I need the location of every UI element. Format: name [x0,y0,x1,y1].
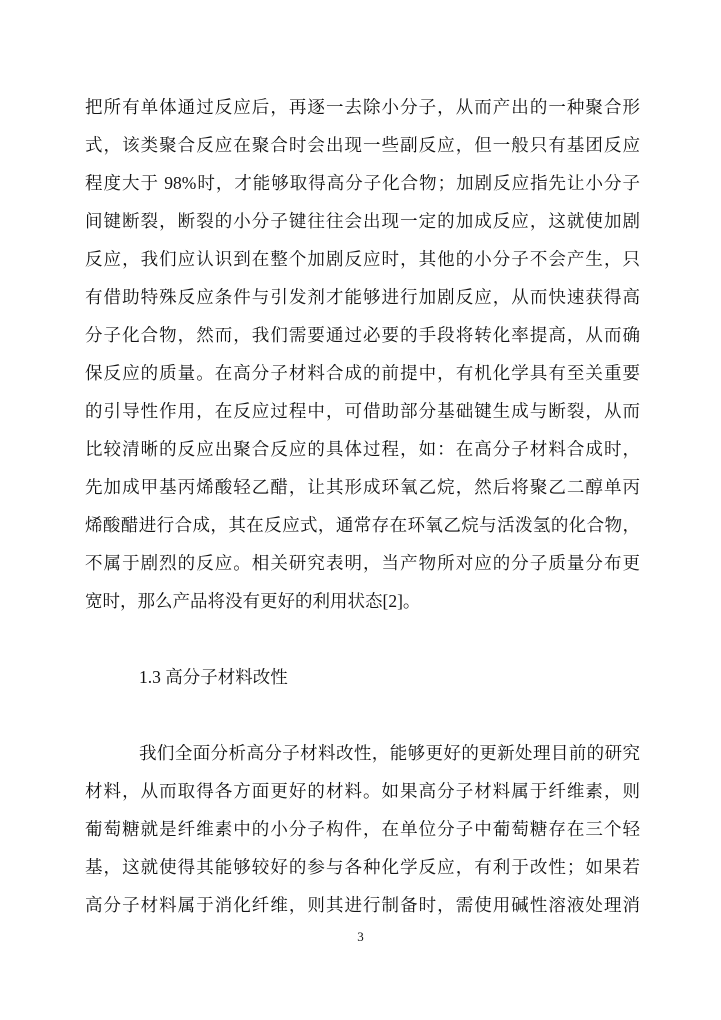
paragraph-continuation: 把所有单体通过反应后，再逐一去除小分子，从而产出的一种聚合形 式，该类聚合反应在… [85,88,640,620]
page-number: 3 [0,928,721,946]
paragraph-line: 保反应的质量。在高分子材料合成的前提中，有机化学具有至关重要 [85,354,640,392]
paragraph-line: 比较清晰的反应出聚合反应的具体过程，如：在高分子材料合成时， [85,430,640,468]
paragraph-line: 高分子材料属于消化纤维，则其进行制备时，需使用碱性溶液处理消 [85,886,640,924]
page-content: 把所有单体通过反应后，再逐一去除小分子，从而产出的一种聚合形 式，该类聚合反应在… [85,88,640,924]
paragraph-line: 把所有单体通过反应后，再逐一去除小分子，从而产出的一种聚合形 [85,88,640,126]
paragraph-body: 我们全面分析高分子材料改性，能够更好的更新处理目前的研究 材料，从而取得各方面更… [85,734,640,924]
paragraph-line: 式，该类聚合反应在聚合时会出现一些副反应，但一般只有基团反应 [85,126,640,164]
paragraph-line: 程度大于 98%时，才能够取得高分子化合物；加剧反应指先让小分子 [85,164,640,202]
paragraph-line: 葡萄糖就是纤维素中的小分子构件，在单位分子中葡萄糖存在三个轻 [85,810,640,848]
paragraph-line: 有借助特殊反应条件与引发剂才能够进行加剧反应，从而快速获得高 [85,278,640,316]
paragraph-line: 的引导性作用，在反应过程中，可借助部分基础键生成与断裂，从而 [85,392,640,430]
section-heading: 1.3 高分子材料改性 [85,658,640,696]
paragraph-line: 宽时，那么产品将没有更好的利用状态[2]。 [85,582,640,620]
paragraph-line: 我们全面分析高分子材料改性，能够更好的更新处理目前的研究 [85,734,640,772]
paragraph-line: 反应，我们应认识到在整个加剧反应时，其他的小分子不会产生，只 [85,240,640,278]
paragraph-line: 先加成甲基丙烯酸轻乙醋，让其形成环氧乙烷，然后将聚乙二醇单丙 [85,468,640,506]
paragraph-line: 基，这就使得其能够较好的参与各种化学反应，有利于改性；如果若 [85,848,640,886]
document-page: 把所有单体通过反应后，再逐一去除小分子，从而产出的一种聚合形 式，该类聚合反应在… [0,0,721,1020]
paragraph-line: 不属于剧烈的反应。相关研究表明，当产物所对应的分子质量分布更 [85,544,640,582]
paragraph-line: 烯酸醋进行合成，其在反应式，通常存在环氧乙烷与活泼氢的化合物， [85,506,640,544]
paragraph-line: 材料，从而取得各方面更好的材料。如果高分子材料属于纤维素，则 [85,772,640,810]
paragraph-line: 间键断裂，断裂的小分子键往往会出现一定的加成反应，这就使加剧 [85,202,640,240]
paragraph-line: 分子化合物，然而，我们需要通过必要的手段将转化率提高，从而确 [85,316,640,354]
